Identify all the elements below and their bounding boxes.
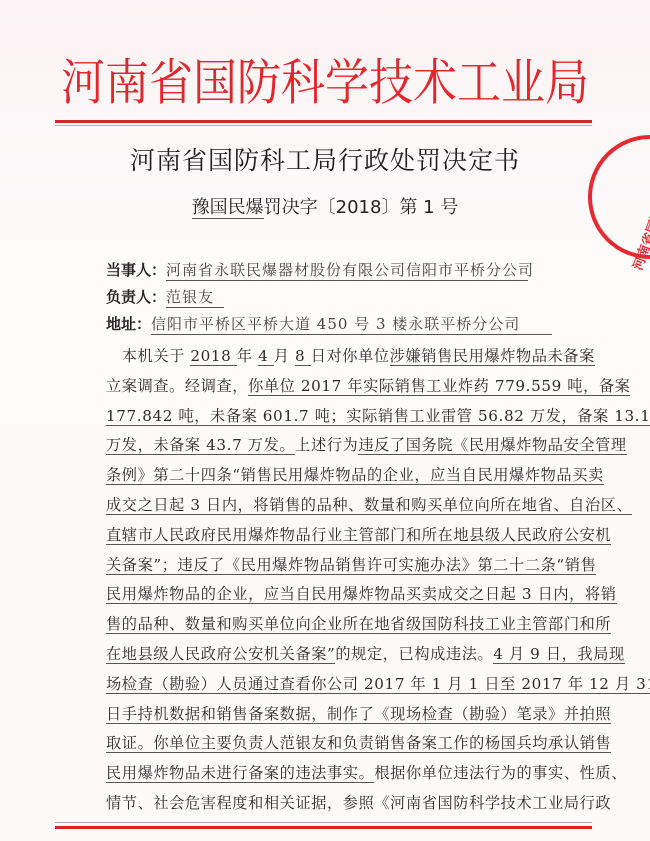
underlined-text: 万发，未备案 43.7 万发。 — [106, 436, 295, 455]
underlined-text: 民用爆炸物品未进行备案的违法事实。 — [106, 764, 374, 783]
body-text-segment: 日对你单位 — [311, 347, 390, 365]
seal-text: 河南省国防科学 — [627, 180, 650, 272]
underlined-text: 成交之日起 3 日内，将销售的品种、数量和购买单位向所在地省、自治区、 — [106, 496, 632, 515]
body-line: 本机关于 2018 年 4 月 8 日对你单位涉嫌销售民用爆炸物品未备案 — [106, 345, 546, 367]
underlined-text: 取证。你单位主要负责人范银友和负责销售备案工作的杨国兵均承认销售 — [106, 734, 611, 753]
address-label: 地址： — [106, 315, 151, 333]
footer-rule-thin — [55, 822, 592, 823]
underlined-text: 条例》第二十四条“销售民用爆炸物品的企业，应当自民用爆炸物品买卖 — [106, 466, 604, 485]
underlined-text: 关备案”；违反了《民用爆炸物品销售许可实施办法》第二十二条“销售 — [106, 556, 596, 575]
body-text-segment: 年 — [237, 347, 258, 365]
body-line: 直辖市人民政府民用爆炸物品行业主管部门和所在地县级人民政府公安机 — [106, 524, 546, 546]
document-number-rest: 罚决字〔2018〕第 1 号 — [264, 197, 459, 218]
body-text-segment: 情节、社会危害程度和相关证据，参照《河南省国防科学技术工业局行政 — [106, 794, 611, 812]
body-line: 场检查（勘验）人员通过查看你公司 2017 年 1 月 1 日至 2017 年 … — [106, 673, 546, 695]
underlined-text: 日手持机数据和销售备案数据，制作了《现场检查（勘验）笔录》并拍照 — [106, 705, 611, 724]
body-line: 取证。你单位主要负责人范银友和负责销售备案工作的杨国兵均承认销售 — [106, 732, 546, 754]
party-label: 当事人： — [106, 261, 166, 279]
body-line: 万发，未备案 43.7 万发。上述行为违反了国务院《民用爆炸物品安全管理 — [106, 434, 546, 456]
body-line: 关备案”；违反了《民用爆炸物品销售许可实施办法》第二十二条“销售 — [106, 554, 546, 576]
party-value: 河南省永联民爆器材股份有限公司信阳市平桥分公司 — [166, 260, 528, 281]
underlined-text: 违反了国务院《民用爆炸物品安全管理 — [358, 436, 626, 455]
party-row: 当事人：河南省永联民爆器材股份有限公司信阳市平桥分公司 — [106, 259, 528, 281]
body-text-segment: 的规定，已构成违法。 — [335, 645, 493, 663]
underlined-text: 售的品种、数量和购买单位向企业所在地省级国防科技工业主管部门和所 — [106, 615, 611, 634]
body-text-segment: 根据你单位违法行为的事实、性质、 — [374, 764, 627, 782]
masthead-red-rule-thin — [55, 125, 592, 126]
masthead-red-rule — [55, 120, 592, 123]
body-line: 民用爆炸物品的企业，应当自民用爆炸物品买卖成交之日起 3 日内，将销 — [106, 583, 546, 605]
body-text-segment: 立案调查。经调查， — [106, 377, 248, 395]
responsible-label: 负责人： — [106, 288, 166, 306]
underlined-text: 在地县级人民政府公安机关备案” — [106, 645, 335, 664]
body-line: 条例》第二十四条“销售民用爆炸物品的企业，应当自民用爆炸物品买卖 — [106, 464, 546, 486]
body-text-segment: 上述行为 — [295, 436, 358, 454]
underlined-text: 涉嫌销售民用爆炸物品未备案 — [390, 347, 595, 366]
address-row: 地址：信阳市平桥区平桥大道 450 号 3 楼永联平桥分公司 — [106, 313, 552, 335]
body-line: 日手持机数据和销售备案数据，制作了《现场检查（勘验）笔录》并拍照 — [106, 703, 546, 725]
underlined-text: 177.842 吨，未备案 601.7 吨；实际销售工业雷管 56.82 万发，… — [106, 407, 650, 426]
document-number: 豫国民爆罚决字〔2018〕第 1 号 — [100, 196, 550, 220]
document-title: 河南省国防科工局行政处罚决定书 — [100, 146, 550, 176]
body-line: 成交之日起 3 日内，将销售的品种、数量和购买单位向所在地省、自治区、 — [106, 494, 546, 516]
official-seal: 河南省国防科学 ★ — [588, 135, 650, 259]
body-text-segment: 本机关于 — [106, 347, 190, 365]
body-text-segment: 月 — [274, 347, 295, 365]
underlined-text: 你单位 2017 年实际销售工业炸药 779.559 吨，备案 — [248, 377, 630, 396]
document-number-prefix: 豫国民爆 — [192, 197, 264, 219]
underlined-text: 8 — [295, 347, 311, 366]
underlined-text: 2018 — [190, 347, 236, 366]
masthead-title: 河南省国防科学技术工业局 — [60, 50, 590, 117]
underlined-text: 场检查（勘验）人员通过查看你公司 2017 年 1 月 1 日至 2017 年 … — [106, 675, 650, 694]
body-line: 在地县级人民政府公安机关备案”的规定，已构成违法。4 月 9 日，我局现 — [106, 643, 546, 665]
underlined-text: 直辖市人民政府民用爆炸物品行业主管部门和所在地县级人民政府公安机 — [106, 526, 611, 545]
body-line: 立案调查。经调查，你单位 2017 年实际销售工业炸药 779.559 吨，备案 — [106, 375, 546, 397]
body-line: 民用爆炸物品未进行备案的违法事实。根据你单位违法行为的事实、性质、 — [106, 762, 546, 784]
underlined-text: 4 月 9 日，我局现 — [493, 645, 625, 664]
body-line: 177.842 吨，未备案 601.7 吨；实际销售工业雷管 56.82 万发，… — [106, 405, 546, 427]
responsible-value: 范银友 — [166, 287, 224, 308]
footer-red-rule — [55, 826, 592, 829]
document-page: 河南省国防科学技术工业局 河南省国防科工局行政处罚决定书 豫国民爆罚决字〔201… — [0, 0, 650, 841]
underlined-text: 民用爆炸物品的企业，应当自民用爆炸物品买卖成交之日起 3 日内，将销 — [106, 585, 617, 604]
body-line: 售的品种、数量和购买单位向企业所在地省级国防科技工业主管部门和所 — [106, 613, 546, 635]
address-value: 信阳市平桥区平桥大道 450 号 3 楼永联平桥分公司 — [151, 314, 552, 335]
underlined-text: 4 — [258, 347, 274, 366]
responsible-row: 负责人：范银友 — [106, 286, 224, 308]
body-line: 情节、社会危害程度和相关证据，参照《河南省国防科学技术工业局行政 — [106, 792, 546, 814]
